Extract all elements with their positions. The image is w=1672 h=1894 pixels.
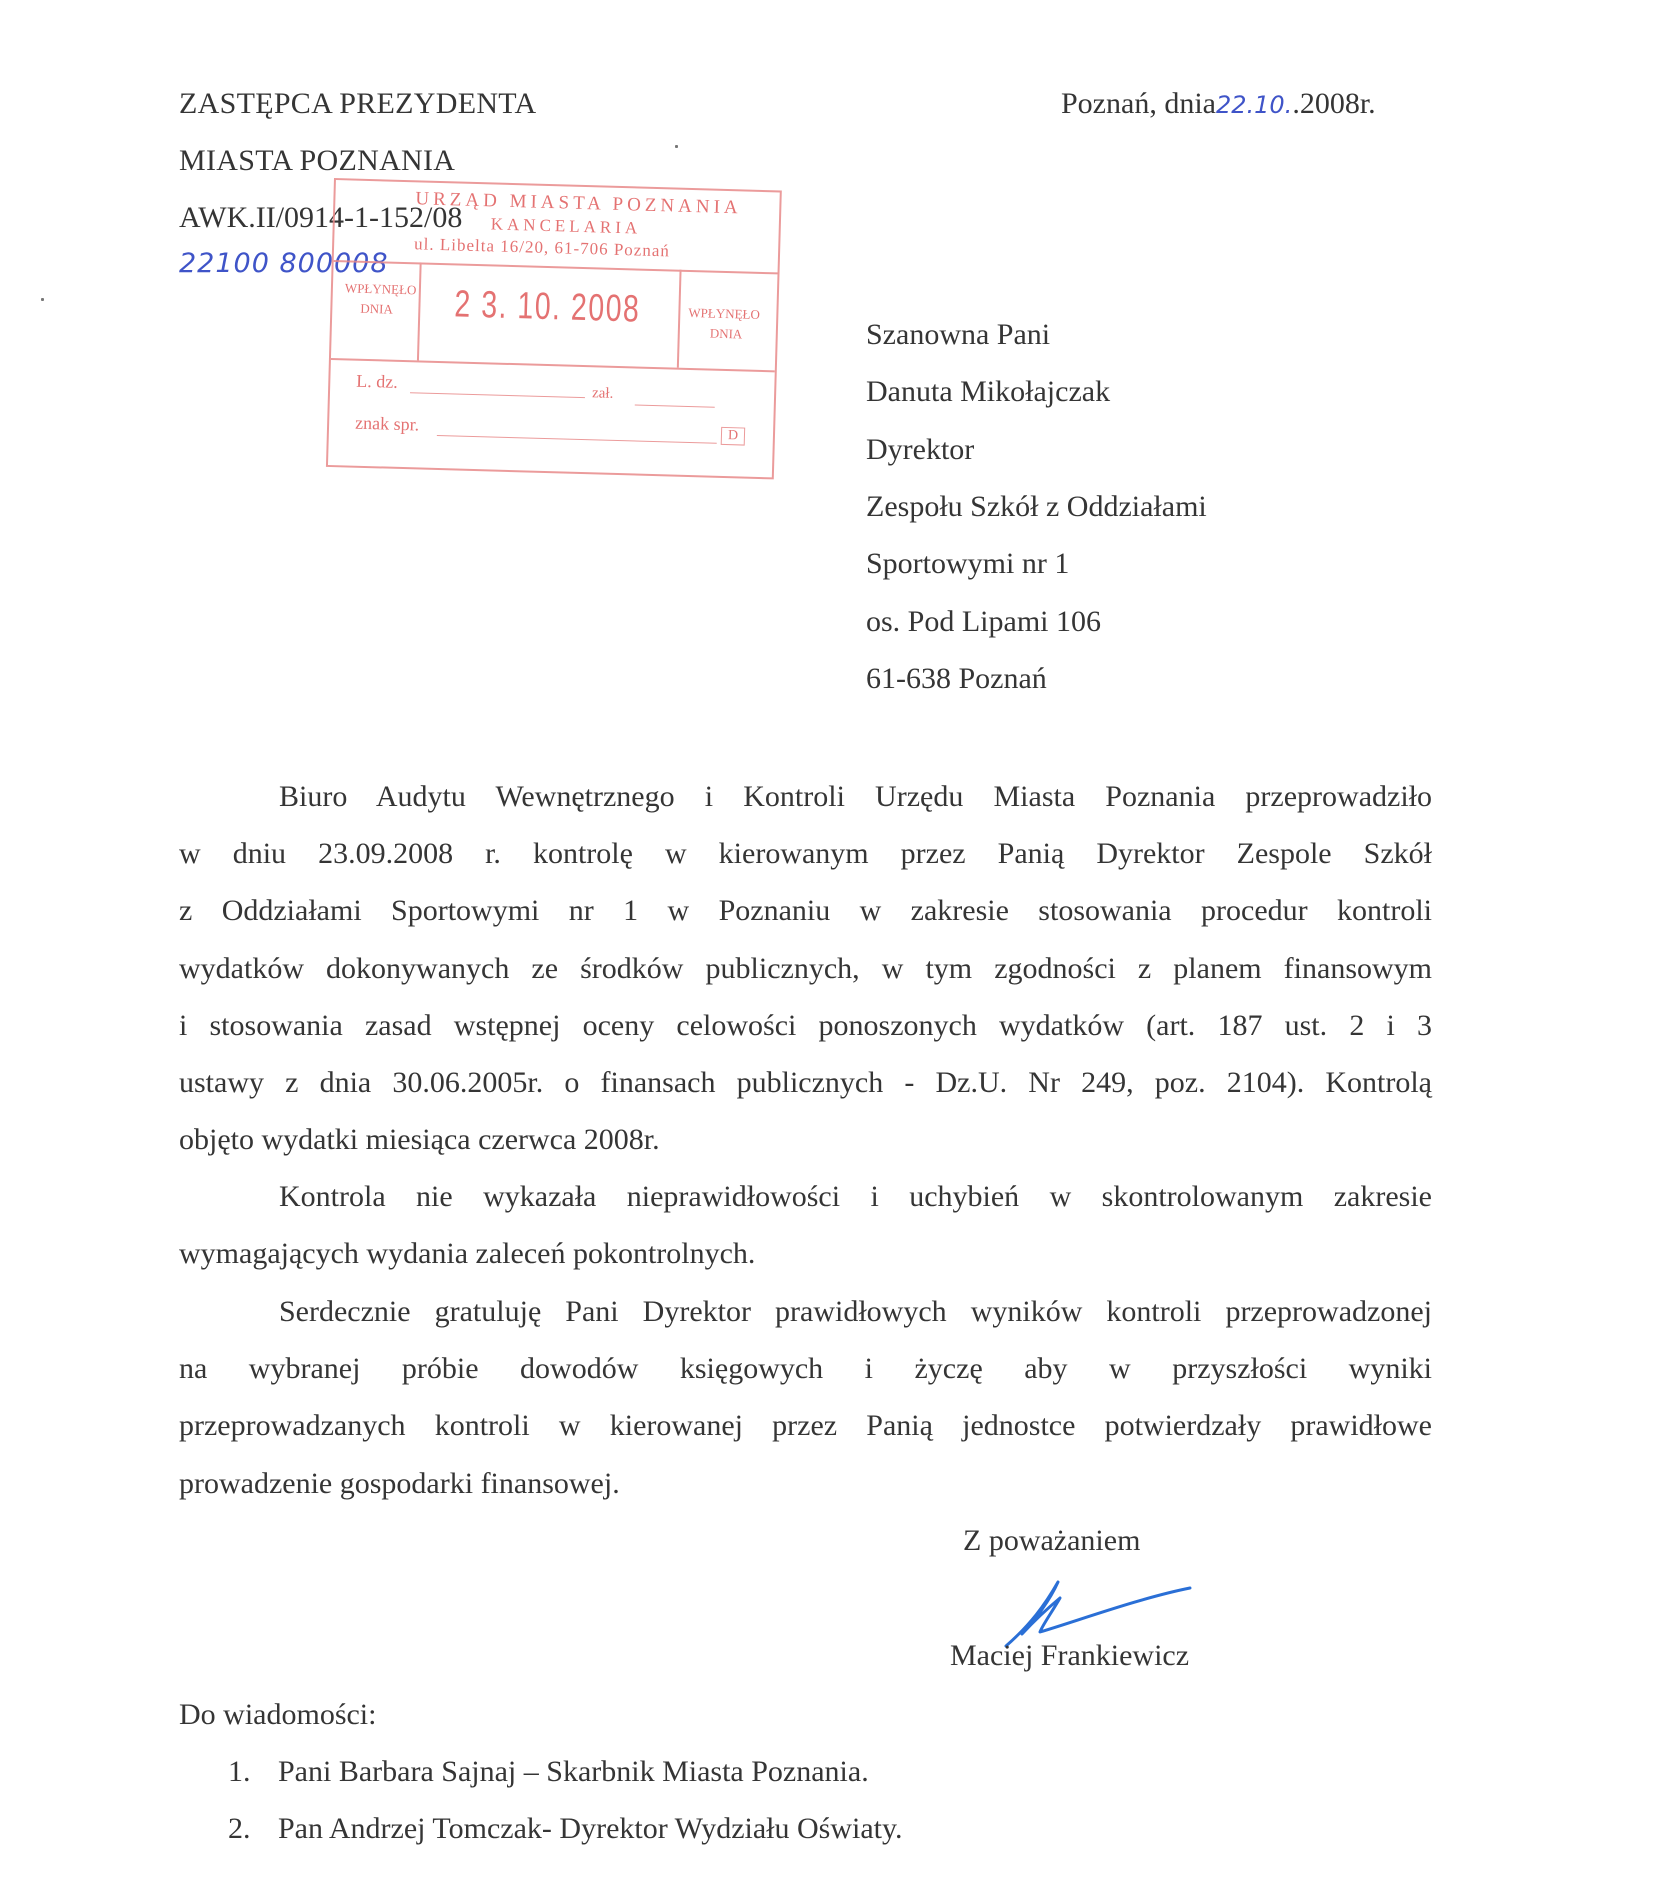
- stamp-right-label-2: DNIA: [710, 326, 743, 343]
- stamp-field-znak: znak spr.: [355, 413, 420, 436]
- scan-speck: [41, 298, 44, 301]
- recipient-position: Dyrektor: [866, 432, 974, 468]
- body-line: wydatków dokonywanych ze środków publicz…: [179, 940, 1432, 997]
- cc-title: Do wiadomości:: [179, 1697, 376, 1733]
- issuer-title-line-1: ZASTĘPCA PREZYDENTA: [179, 86, 536, 122]
- stamp-field-line: [635, 404, 715, 407]
- body-line: objęto wydatki miesiąca czerwca 2008r.: [179, 1111, 1432, 1168]
- stamp-left-label-1: WPŁYNĘŁO: [345, 280, 417, 298]
- cc-item-text: Pani Barbara Sajnaj – Skarbnik Miasta Po…: [278, 1755, 869, 1788]
- recipient-institution-line-2: Sportowymi nr 1: [866, 546, 1069, 582]
- recipient-street: os. Pod Lipami 106: [866, 604, 1101, 640]
- body-line: prowadzenie gospodarki finansowej.: [179, 1455, 1432, 1512]
- stamp-divider: [334, 260, 778, 274]
- body-line: z Oddziałami Sportowymi nr 1 w Poznaniu …: [179, 882, 1432, 939]
- body-line: Kontrola nie wykazała nieprawidłowości i…: [179, 1168, 1432, 1225]
- stamp-divider: [417, 262, 422, 360]
- body-line: przeprowadzanych kontroli w kierowanej p…: [179, 1397, 1432, 1454]
- recipient-name: Danuta Mikołajczak: [866, 374, 1110, 410]
- stamp-received-date: 2 3. 10. 2008: [454, 283, 641, 331]
- stamp-field-zal: zał.: [592, 385, 614, 403]
- body-line: ustawy z dnia 30.06.2005r. o finansach p…: [179, 1054, 1432, 1111]
- recipient-city: 61-638 Poznań: [866, 661, 1047, 697]
- body-line: Serdecznie gratuluję Pani Dyrektor prawi…: [179, 1283, 1432, 1340]
- date-suffix: .2008r.: [1292, 87, 1375, 120]
- stamp-field-ldz: L. dz.: [356, 371, 398, 393]
- cc-item-text: Pan Andrzej Tomczak- Dyrektor Wydziału O…: [278, 1812, 903, 1845]
- body-line: w dniu 23.09.2008 r. kontrolę w kierowan…: [179, 825, 1432, 882]
- stamp-divider: [331, 358, 775, 372]
- date-handwritten-fill: 22.10.: [1216, 91, 1292, 119]
- cc-item-number: 2.: [228, 1811, 278, 1847]
- date-prefix: Poznań, dnia: [1061, 87, 1216, 120]
- stamp-field-line: [437, 435, 717, 444]
- scan-speck: [675, 145, 678, 148]
- recipient-institution-line-1: Zespołu Szkół z Oddziałami: [866, 489, 1207, 525]
- received-stamp: URZĄD MIASTA POZNANIA KANCELARIA ul. Lib…: [326, 178, 782, 479]
- issuer-title-line-2: MIASTA POZNANIA: [179, 143, 455, 179]
- stamp-field-line: [410, 392, 585, 398]
- cc-item-number: 1.: [228, 1754, 278, 1790]
- body-paragraph-3: Serdecznie gratuluję Pani Dyrektor prawi…: [179, 1283, 1432, 1512]
- body-paragraph-1: Biuro Audytu Wewnętrznego i Kontroli Urz…: [179, 768, 1432, 1168]
- stamp-department: KANCELARIA: [490, 214, 641, 238]
- body-line: Biuro Audytu Wewnętrznego i Kontroli Urz…: [179, 768, 1432, 825]
- body-line: wymagających wydania zaleceń pokontrolny…: [179, 1225, 1432, 1282]
- stamp-divider: [677, 270, 682, 368]
- cc-list-item: 2.Pan Andrzej Tomczak- Dyrektor Wydziału…: [228, 1811, 903, 1847]
- recipient-salutation: Szanowna Pani: [866, 317, 1050, 353]
- stamp-left-label-2: DNIA: [360, 301, 393, 318]
- stamp-corner-mark: D: [721, 427, 746, 446]
- letter-date: Poznań, dnia22.10..2008r.: [1061, 86, 1376, 123]
- stamp-right-label-1: WPŁYNĘŁO: [688, 305, 760, 323]
- cc-list-item: 1.Pani Barbara Sajnaj – Skarbnik Miasta …: [228, 1754, 869, 1790]
- body-paragraph-2: Kontrola nie wykazała nieprawidłowości i…: [179, 1168, 1432, 1282]
- closing-salutation: Z poważaniem: [963, 1523, 1140, 1559]
- body-line: na wybranej próbie dowodów księgowych i …: [179, 1340, 1432, 1397]
- body-line: i stosowania zasad wstępnej oceny celowo…: [179, 997, 1432, 1054]
- stamp-office-name: URZĄD MIASTA POZNANIA: [415, 188, 742, 219]
- signer-name: Maciej Frankiewicz: [950, 1638, 1189, 1674]
